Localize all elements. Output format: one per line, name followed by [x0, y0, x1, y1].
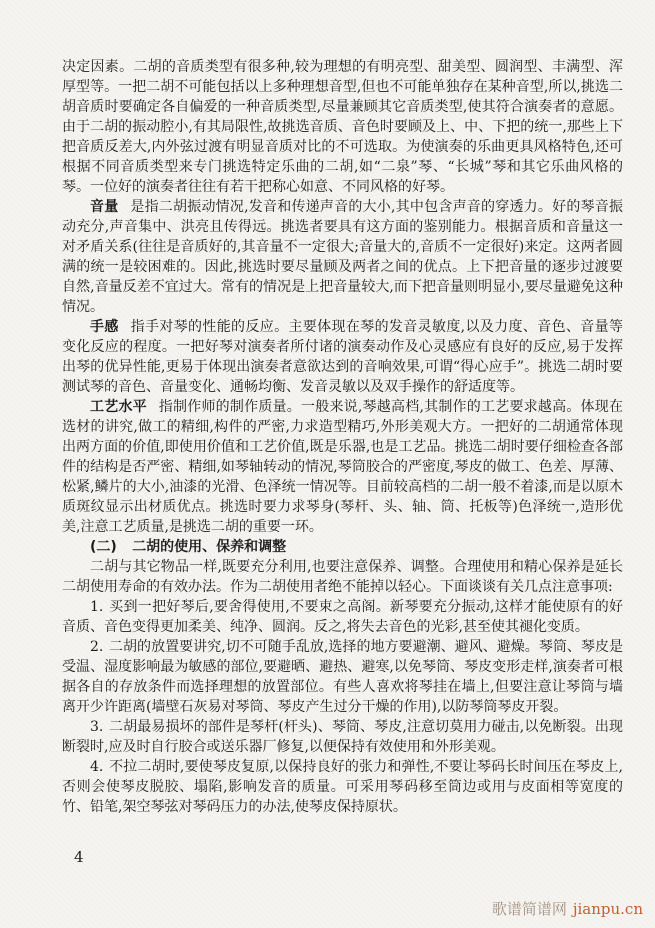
paragraph-3: 手感指手对琴的性能的反应。主要体现在琴的发音灵敏度,以及力度、音色、音量等变化反…	[62, 317, 623, 397]
page-text: 决定因素。二胡的音质类型有很多种,较为理想的有明亮型、甜美型、圆润型、丰满型、浑…	[62, 57, 623, 817]
watermark-site-url: jianpu.cn	[573, 900, 643, 918]
paragraph-9: 3.二胡最易损坏的部件是琴杆(杆头)、琴筒、琴皮,注意切莫用力碰击,以免断裂。出…	[62, 717, 623, 757]
paragraph-text: 二胡与其它物品一样,既要充分利用,也要注意保养、调整。合理使用和精心保养是延长二…	[62, 559, 623, 595]
paragraph-text: 二胡最易损坏的部件是琴杆(杆头)、琴筒、琴皮,注意切莫用力碰击,以免断裂。出现断…	[62, 719, 623, 755]
paragraph-2: 音量是指二胡振动情况,发音和传递声音的大小,其中包含声音的穿透力。好的琴音振动充…	[62, 197, 623, 317]
paragraph-7: 1.买到一把好琴后,要舍得使用,不要束之高阁。新琴要充分振动,这样才能使原有的好…	[62, 597, 623, 637]
scanned-book-page: 决定因素。二胡的音质类型有很多种,较为理想的有明亮型、甜美型、圆润型、丰满型、浑…	[0, 0, 655, 928]
paragraph-text: 决定因素。二胡的音质类型有很多种,较为理想的有明亮型、甜美型、圆润型、丰满型、浑…	[62, 59, 623, 195]
list-item-number: 3.	[90, 719, 103, 735]
term-label: 音量	[90, 199, 118, 215]
paragraph-text: 指制作师的制作质量。一般来说,琴越高档,其制作的工艺要求越高。体现在选材的讲究,…	[62, 399, 623, 535]
paragraph-6: 二胡与其它物品一样,既要充分利用,也要注意保养、调整。合理使用和精心保养是延长二…	[62, 557, 623, 597]
paragraph-4: 工艺水平指制作师的制作质量。一般来说,琴越高档,其制作的工艺要求越高。体现在选材…	[62, 397, 623, 537]
section-heading: (二)二胡的使用、保养和调整	[62, 537, 623, 557]
paragraph-text: 买到一把好琴后,要舍得使用,不要束之高阁。新琴要充分振动,这样才能使原有的好音质…	[62, 599, 623, 635]
list-item-number: 1.	[90, 599, 103, 615]
term-label: 工艺水平	[90, 399, 147, 415]
page-number: 4	[74, 848, 84, 866]
list-item-number: 2.	[90, 639, 103, 655]
paragraph-text: 二胡的使用、保养和调整	[132, 539, 286, 555]
paragraph-10: 4.不拉二胡时,要使琴皮复原,以保持良好的张力和弹性,不要让琴码长时间压在琴皮上…	[62, 757, 623, 817]
paragraph-text: 二胡的放置要讲究,切不可随手乱放,选择的地方要避潮、避风、避燥。琴筒、琴皮是受温…	[62, 639, 623, 715]
paragraph-text: 是指二胡振动情况,发音和传递声音的大小,其中包含声音的穿透力。好的琴音振动充分,…	[62, 199, 623, 315]
paragraph-1: 决定因素。二胡的音质类型有很多种,较为理想的有明亮型、甜美型、圆润型、丰满型、浑…	[62, 57, 623, 197]
paragraph-8: 2.二胡的放置要讲究,切不可随手乱放,选择的地方要避潮、避风、避燥。琴筒、琴皮是…	[62, 637, 623, 717]
watermark-site-name: 歌谱简谱网	[492, 900, 567, 918]
paragraph-text: 不拉二胡时,要使琴皮复原,以保持良好的张力和弹性,不要让琴码长时间压在琴皮上,否…	[62, 759, 623, 815]
term-label: 手感	[90, 319, 119, 335]
list-item-number: 4.	[90, 759, 103, 775]
paragraph-text: 指手对琴的性能的反应。主要体现在琴的发音灵敏度,以及力度、音色、音量等变化反应的…	[62, 319, 623, 395]
watermark: 歌谱简谱网jianpu.cn	[492, 898, 643, 919]
term-label: (二)	[90, 539, 117, 555]
